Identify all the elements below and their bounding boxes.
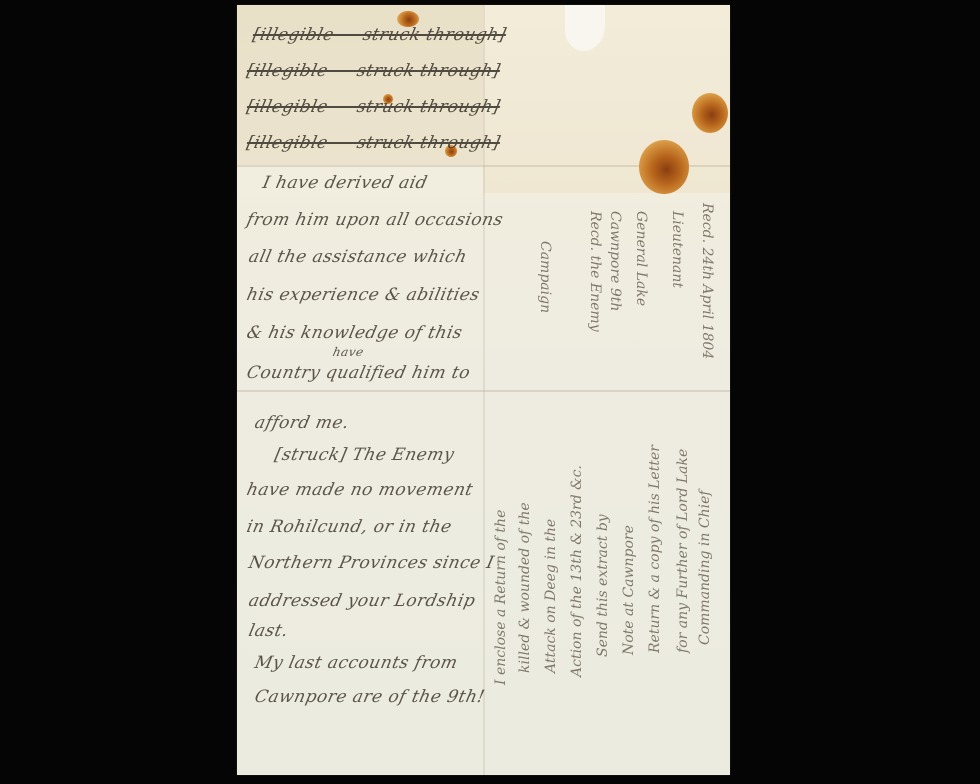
cancelled-line: [illegible — struck through]	[245, 61, 502, 81]
letter-line: all the assistance which	[247, 247, 469, 267]
cancelled-line: [illegible — struck through]	[251, 25, 508, 45]
letter-line: Northern Provinces since I	[247, 553, 496, 573]
note-line: Attack on Deeg in the	[543, 519, 559, 673]
letter-line: last.	[247, 621, 290, 641]
letter-line: addressed your Lordship	[247, 591, 477, 611]
endorsement-line: Cawnpore 9th	[607, 211, 623, 311]
note-line: Commanding in Chief	[697, 490, 713, 645]
letter-line: Country qualified him to	[245, 363, 472, 383]
endorsement-line: Recd. 24th April 1804	[699, 203, 715, 359]
letter-line: his experience & abilities	[245, 285, 482, 305]
note-line: Send this extract by	[595, 514, 611, 657]
manuscript-page: [illegible — struck through] [illegible …	[237, 5, 730, 775]
endorsement-line: General Lake	[633, 211, 649, 306]
letter-line: afford me.	[253, 413, 351, 433]
fold-line-vertical	[483, 5, 485, 775]
endorsement-line: Campaign	[537, 241, 553, 313]
note-line: I enclose a Return of the	[493, 510, 509, 685]
letter-line: [struck] The Enemy	[273, 445, 456, 465]
rust-stain	[692, 93, 728, 133]
letter-line: have made no movement	[245, 480, 475, 500]
letter-line: in Rohilcund, or in the	[245, 517, 454, 537]
cancelled-line: [illegible — struck through]	[245, 97, 502, 117]
note-line: killed & wounded of the	[517, 502, 533, 673]
letter-line: My last accounts from	[253, 653, 460, 673]
note-line: Action of the 13th & 23rd &c.	[569, 465, 585, 677]
letter-line: Cawnpore are of the 9th!	[253, 687, 487, 707]
note-line: for any Further of Lord Lake	[675, 449, 691, 653]
note-line: Return & a copy of his Letter	[647, 445, 663, 653]
letter-line: from him upon all occasions	[245, 210, 505, 230]
endorsement-line: Lieutenant	[669, 211, 685, 288]
letter-line: & his knowledge of this	[245, 323, 464, 343]
rust-stain	[639, 140, 689, 194]
interlinear-insertion: have	[332, 345, 366, 359]
note-line: Note at Cawnpore	[621, 525, 637, 655]
cancelled-line: [illegible — struck through]	[245, 133, 502, 153]
letter-line: I have derived aid	[261, 173, 429, 193]
endorsement-line: Recd. the Enemy	[587, 211, 603, 332]
